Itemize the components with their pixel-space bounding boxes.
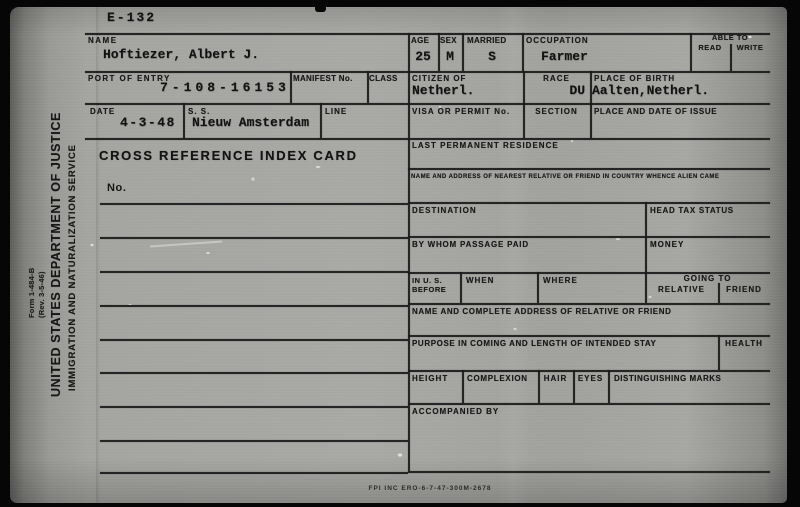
label-able-to: ABLE TO xyxy=(690,33,770,42)
grid-line xyxy=(462,370,464,403)
grid-line xyxy=(408,335,770,337)
label-by-whom-passage-paid: BY WHOM PASSAGE PAID xyxy=(412,240,529,249)
value-date: 4-3-48 xyxy=(120,115,176,130)
label-distinguishing-marks: DISTINGUISHING MARKS xyxy=(614,374,721,383)
grid-line xyxy=(408,403,770,405)
writing-line xyxy=(100,203,408,205)
label-relative: RELATIVE xyxy=(645,285,718,294)
label-married: MARRIED xyxy=(467,36,506,45)
grid-line xyxy=(408,236,770,238)
label-section: SECTION xyxy=(523,107,590,116)
label-friend: FRIEND xyxy=(718,285,770,294)
label-race: RACE xyxy=(523,74,590,83)
label-visa-or-permit-no: VISA OR PERMIT No. xyxy=(412,107,510,116)
writing-line xyxy=(100,305,408,307)
label-class: CLASS xyxy=(369,74,398,83)
card-title: CROSS REFERENCE INDEX CARD xyxy=(99,148,358,163)
value-citizen-of: Netherl. xyxy=(412,83,474,98)
label-nearest-relative: NAME AND ADDRESS OF NEAREST RELATIVE OR … xyxy=(411,174,719,180)
label-manifest-no: MANIFEST No. xyxy=(293,74,353,83)
writing-line xyxy=(100,472,408,474)
label-sex: SEX xyxy=(440,36,457,45)
value-sex: M xyxy=(438,49,462,64)
label-health: HEALTH xyxy=(718,339,770,348)
label-where: WHERE xyxy=(543,276,578,285)
grid-line xyxy=(85,71,770,73)
label-money: MONEY xyxy=(650,240,684,249)
ref-number: E-132 xyxy=(107,10,156,25)
form-number-line1: Form 1-484-B xyxy=(27,268,37,318)
form-number-line2: (Rev. 3-5-46) xyxy=(37,268,47,318)
label-head-tax-status: HEAD TAX STATUS xyxy=(650,206,734,215)
label-hair: HAIR xyxy=(538,374,573,383)
value-place-of-birth: Aalten,Netherl. xyxy=(592,83,709,98)
value-manifest-no: 7-108-16153 xyxy=(160,80,290,95)
grid-line xyxy=(85,33,770,35)
service-name-vertical: IMMIGRATION AND NATURALIZATION SERVICE xyxy=(67,144,78,391)
grid-line xyxy=(408,168,770,170)
label-purpose: PURPOSE IN COMING AND LENGTH OF INTENDED… xyxy=(412,339,657,348)
label-destination: DESTINATION xyxy=(412,206,477,215)
label-place-of-birth: PLACE OF BIRTH xyxy=(594,74,675,83)
print-code: FPI INC ERO-6-7-47-300M-2678 xyxy=(300,485,560,492)
label-in-us-before: IN U. S. BEFORE xyxy=(412,276,458,295)
label-height: HEIGHT xyxy=(412,374,448,383)
film-notch xyxy=(315,0,326,12)
label-relative-address: NAME AND COMPLETE ADDRESS OF RELATIVE OR… xyxy=(412,307,671,316)
label-date: DATE xyxy=(90,107,115,116)
value-ss: Nieuw Amsterdam xyxy=(192,115,309,130)
grid-line xyxy=(85,103,770,105)
label-going-to: GOING TO xyxy=(645,274,770,283)
grid-line xyxy=(608,370,610,403)
grid-line xyxy=(85,138,770,140)
grid-line xyxy=(590,71,592,138)
label-name: NAME xyxy=(88,36,118,45)
label-eyes: EYES xyxy=(573,374,608,383)
label-occupation: OCCUPATION xyxy=(526,36,589,45)
label-age: AGE xyxy=(411,36,429,45)
grid-line xyxy=(537,272,539,303)
scanned-index-card-photo: Form 1-484-B (Rev. 3-5-46) UNITED STATES… xyxy=(0,0,800,507)
grid-line xyxy=(408,471,770,473)
label-citizen-of: CITIZEN OF xyxy=(412,74,466,83)
grid-line xyxy=(522,33,524,71)
label-line: LINE xyxy=(325,107,347,116)
label-last-permanent-residence: LAST PERMANENT RESIDENCE xyxy=(412,141,559,150)
label-port-of-entry: PORT OF ENTRY xyxy=(88,74,171,83)
grid-line xyxy=(408,33,410,471)
form-number: Form 1-484-B (Rev. 3-5-46) xyxy=(27,268,47,318)
writing-line xyxy=(100,339,408,341)
value-age: 25 xyxy=(408,49,438,64)
label-when: WHEN xyxy=(466,276,494,285)
grid-line xyxy=(183,103,185,138)
grid-line xyxy=(460,272,462,303)
writing-line xyxy=(100,440,408,442)
writing-line xyxy=(100,271,408,273)
writing-line xyxy=(100,237,408,239)
value-married: S xyxy=(462,49,522,64)
value-occupation: Farmer xyxy=(541,49,588,64)
label-accompanied-by: ACCOMPANIED BY xyxy=(412,407,499,416)
grid-line xyxy=(320,103,322,138)
label-place-and-date-of-issue: PLACE AND DATE OF ISSUE xyxy=(594,107,717,116)
writing-line xyxy=(100,372,408,374)
grid-line xyxy=(408,303,770,305)
grid-line xyxy=(290,71,292,103)
value-race: DU xyxy=(523,83,585,98)
writing-line xyxy=(100,406,408,408)
label-read: READ xyxy=(690,43,730,52)
grid-line xyxy=(408,202,770,204)
label-no: No. xyxy=(107,182,127,194)
department-name-vertical: UNITED STATES DEPARTMENT OF JUSTICE xyxy=(49,112,63,397)
label-write: WRITE xyxy=(730,43,770,52)
label-complexion: COMPLEXION xyxy=(467,374,528,383)
value-name: Hoftiezer, Albert J. xyxy=(103,47,259,62)
